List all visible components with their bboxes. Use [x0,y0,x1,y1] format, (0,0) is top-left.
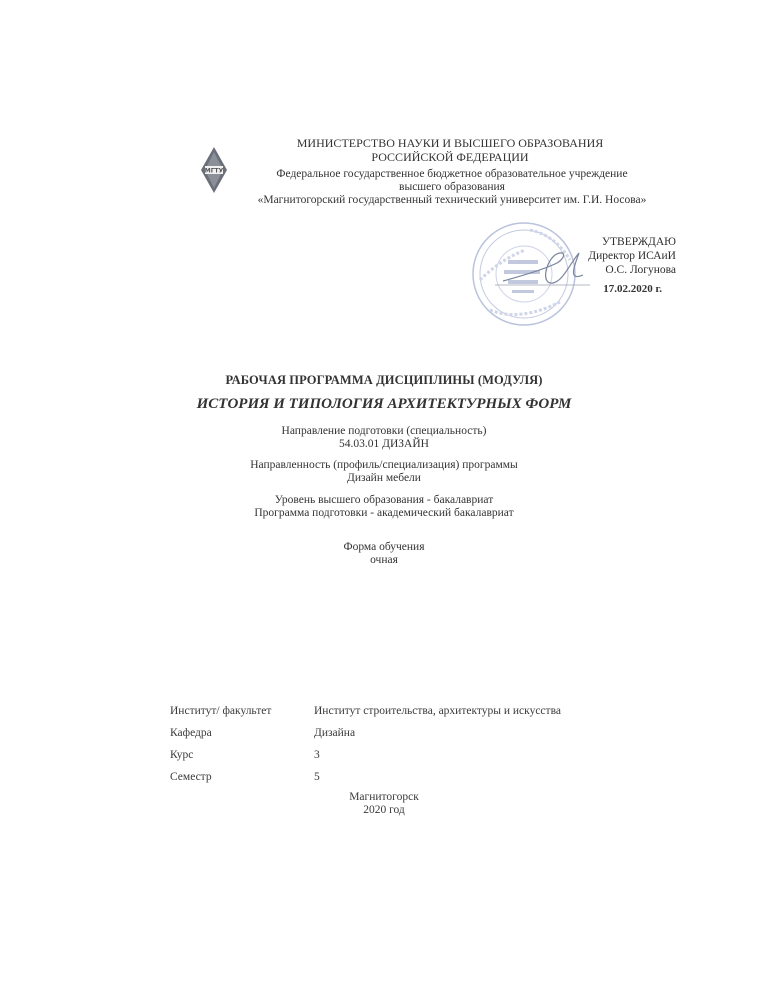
education-level: Уровень высшего образования - бакалавриа… [0,494,768,507]
form-value: очная [0,554,768,567]
institution-line-3: «Магнитогорский государственный техничес… [232,194,672,207]
form-block: Форма обучения очная [0,541,768,567]
profile-block: Направленность (профиль/специализация) п… [0,459,768,485]
institution-header: Федеральное государственное бюджетное об… [232,168,672,207]
document-page: МГТУ МИНИСТЕРСТВО НАУКИ И ВЫСШЕГО ОБРАЗО… [0,0,768,994]
row-key: Институт/ факультет [170,700,314,722]
row-key: Кафедра [170,722,314,744]
institution-line-1: Федеральное государственное бюджетное об… [232,168,672,181]
profile-label: Направленность (профиль/специализация) п… [0,459,768,472]
approval-status: УТВЕРЖДАЮ [560,235,676,249]
ministry-header: МИНИСТЕРСТВО НАУКИ И ВЫСШЕГО ОБРАЗОВАНИЯ… [240,136,660,164]
row-value: 5 [314,766,561,788]
program-title: РАБОЧАЯ ПРОГРАММА ДИСЦИПЛИНЫ (МОДУЛЯ) [0,373,768,388]
row-key: Курс [170,744,314,766]
discipline-title: ИСТОРИЯ И ТИПОЛОГИЯ АРХИТЕКТУРНЫХ ФОРМ [0,396,768,413]
table-row: Кафедра Дизайна [170,722,561,744]
info-table: Институт/ факультет Институт строительст… [170,700,561,788]
footer-year: 2020 год [0,804,768,817]
ministry-line-2: РОССИЙСКОЙ ФЕДЕРАЦИИ [240,150,660,164]
table-row: Семестр 5 [170,766,561,788]
ministry-line-1: МИНИСТЕРСТВО НАУКИ И ВЫСШЕГО ОБРАЗОВАНИЯ [240,136,660,150]
row-value: Институт строительства, архитектуры и ис… [314,700,561,722]
program-type: Программа подготовки - академический бак… [0,507,768,520]
row-key: Семестр [170,766,314,788]
row-value: 3 [314,744,561,766]
svg-text:МГТУ: МГТУ [205,168,224,175]
approval-date: 17.02.2020 г. [560,283,676,295]
approval-name: О.С. Логунова [560,263,676,277]
footer-block: Магнитогорск 2020 год [0,791,768,817]
university-emblem-icon: МГТУ [199,145,229,195]
direction-block: Направление подготовки (специальность) 5… [0,425,768,451]
form-label: Форма обучения [0,541,768,554]
footer-city: Магнитогорск [0,791,768,804]
approval-position: Директор ИСАиИ [560,249,676,263]
institution-line-2: высшего образования [232,181,672,194]
direction-label: Направление подготовки (специальность) [0,425,768,438]
table-row: Курс 3 [170,744,561,766]
direction-value: 54.03.01 ДИЗАЙН [0,438,768,451]
table-row: Институт/ факультет Институт строительст… [170,700,561,722]
row-value: Дизайна [314,722,561,744]
approval-block: УТВЕРЖДАЮ Директор ИСАиИ О.С. Логунова 1… [560,235,676,295]
profile-value: Дизайн мебели [0,472,768,485]
level-block: Уровень высшего образования - бакалавриа… [0,494,768,520]
